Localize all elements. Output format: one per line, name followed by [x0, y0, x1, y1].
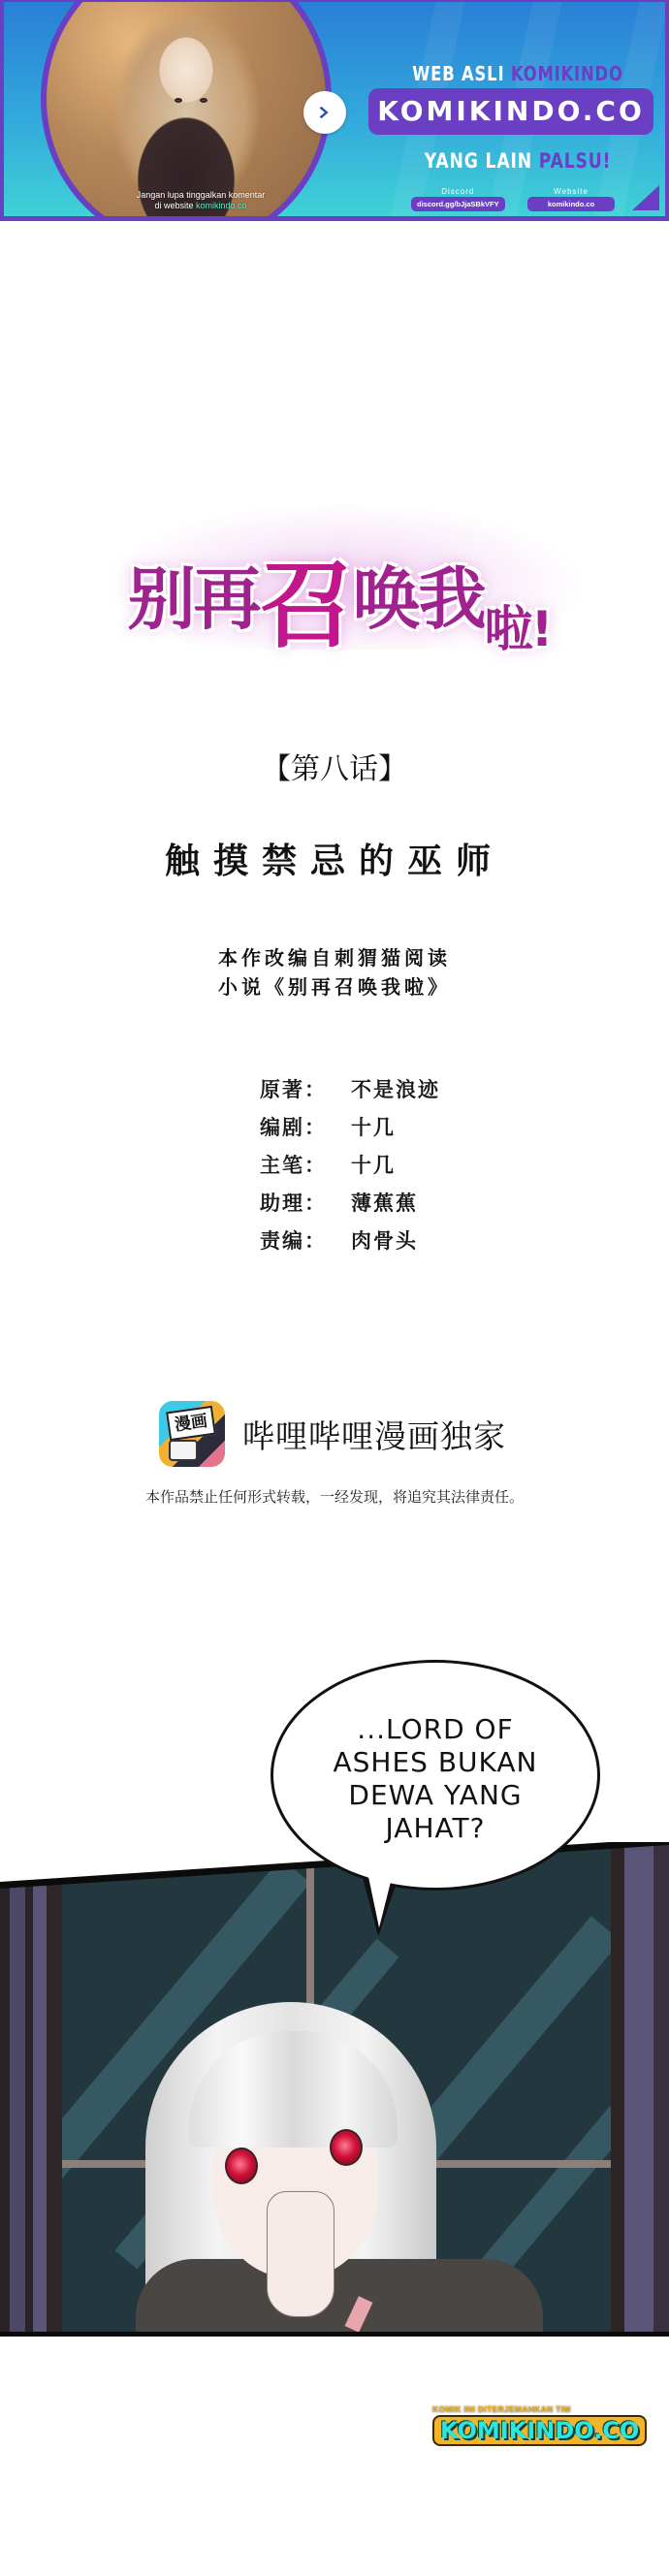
publisher-badge: 漫画 哔哩哔哩漫画独家: [159, 1401, 506, 1467]
adaptation-line: 本作改编自刺猬猫阅读: [0, 943, 669, 972]
warning-accent: PALSU!: [539, 149, 612, 173]
character-hand: [267, 2191, 334, 2317]
speech-bubble: ...LORD OF ASHES BUKAN DEWA YANG JAHAT?: [271, 1660, 600, 1891]
staff-row: 原著：不是浪迹: [260, 1071, 440, 1109]
publisher-name: 哔哩哔哩漫画独家: [242, 1412, 506, 1457]
series-logo: 别再召唤我啦!: [87, 475, 591, 659]
character-eye-right: [330, 2129, 363, 2166]
tv-mascot-icon: [169, 1440, 198, 1461]
headline-prefix: WEB ASLI: [412, 62, 511, 85]
panel-border: [0, 2332, 669, 2337]
warning-prefix: YANG LAIN: [425, 149, 539, 173]
logo-text: 别再召唤我啦!: [87, 514, 591, 651]
logo-part: 别再: [128, 559, 260, 639]
art-eye: [175, 98, 182, 103]
caption-line: Jangan lupa tinggalkan komentar: [89, 190, 312, 201]
speech-text: ...LORD OF ASHES BUKAN DEWA YANG JAHAT?: [333, 1713, 537, 1845]
corner-triangle-icon: [632, 185, 659, 210]
staff-role: 助理：: [260, 1185, 351, 1223]
watermark-brand: KOMIKINDO.CO: [432, 2415, 647, 2446]
app-icon-label: 漫画: [166, 1406, 216, 1441]
discord-label: Discord: [411, 187, 505, 196]
bilibili-comics-app-icon: 漫画: [159, 1401, 225, 1467]
staff-role: 主笔：: [260, 1147, 351, 1185]
character-eye-left: [225, 2147, 258, 2184]
logo-part-small: 啦!: [485, 590, 552, 660]
next-button[interactable]: [303, 91, 346, 134]
logo-part: 唤我: [353, 559, 485, 639]
website-label: Website: [527, 187, 615, 196]
adaptation-line: 小说《别再召唤我啦》: [0, 972, 669, 1002]
copyright-notice: 本作品禁止任何形式转载，一经发现，将追究其法律责任。: [0, 1486, 669, 1507]
staff-row: 助理：薄蕉蕉: [260, 1185, 440, 1223]
adaptation-note: 本作改编自刺猬猫阅读 小说《别再召唤我啦》: [0, 943, 669, 1002]
staff-name: 薄蕉蕉: [351, 1192, 418, 1215]
bubble-tail-fill: [367, 1870, 398, 1928]
scanlation-watermark: KOMIK INI DITERJEMAHKAN TIM KOMIKINDO.CO: [432, 2404, 634, 2446]
watermark-credit: KOMIK INI DITERJEMAHKAN TIM: [432, 2404, 634, 2414]
website-link[interactable]: komikindo.co: [527, 197, 615, 211]
banner-caption: Jangan lupa tinggalkan komentar di websi…: [89, 190, 312, 211]
staff-name: 肉骨头: [351, 1229, 418, 1253]
staff-role: 责编：: [260, 1223, 351, 1260]
staff-name: 十几: [351, 1154, 396, 1177]
character-clothing: [136, 2259, 543, 2395]
curtain-left: [0, 1842, 62, 2385]
staff-name: 不是浪迹: [351, 1078, 440, 1101]
staff-row: 责编：肉骨头: [260, 1223, 440, 1260]
chevron-right-icon: [316, 104, 334, 121]
caption-line: di website komikindo.co: [89, 201, 312, 211]
curtain-right: [611, 1842, 669, 2385]
discord-link[interactable]: discord.gg/bJjaSBkVFY: [411, 197, 505, 211]
discord-group: Discord discord.gg/bJjaSBkVFY: [411, 187, 505, 211]
logo-part-large: 召: [260, 529, 353, 666]
chapter-number: 【第八话】: [0, 745, 669, 787]
caption-link[interactable]: komikindo.co: [196, 201, 247, 210]
staff-row: 主笔：十几: [260, 1147, 440, 1185]
staff-name: 十几: [351, 1116, 396, 1139]
staff-role: 原著：: [260, 1071, 351, 1109]
banner-character-art: [41, 0, 332, 221]
promo-banner[interactable]: Jangan lupa tinggalkan komentar di websi…: [0, 0, 669, 221]
caption-prefix: di website: [154, 201, 196, 210]
banner-warning: YANG LAIN PALSU!: [398, 149, 637, 173]
art-eye: [200, 98, 207, 103]
headline-accent: KOMIKINDO: [511, 62, 623, 85]
site-name-pill[interactable]: KOMIKINDO.CO: [368, 88, 653, 135]
chapter-title: 触摸禁忌的巫师: [0, 834, 669, 883]
staff-role: 编剧：: [260, 1109, 351, 1147]
staff-list: 原著：不是浪迹 编剧：十几 主笔：十几 助理：薄蕉蕉 责编：肉骨头: [260, 1071, 440, 1260]
website-group: Website komikindo.co: [527, 187, 615, 211]
staff-row: 编剧：十几: [260, 1109, 440, 1147]
comic-panel: [0, 1842, 669, 2385]
